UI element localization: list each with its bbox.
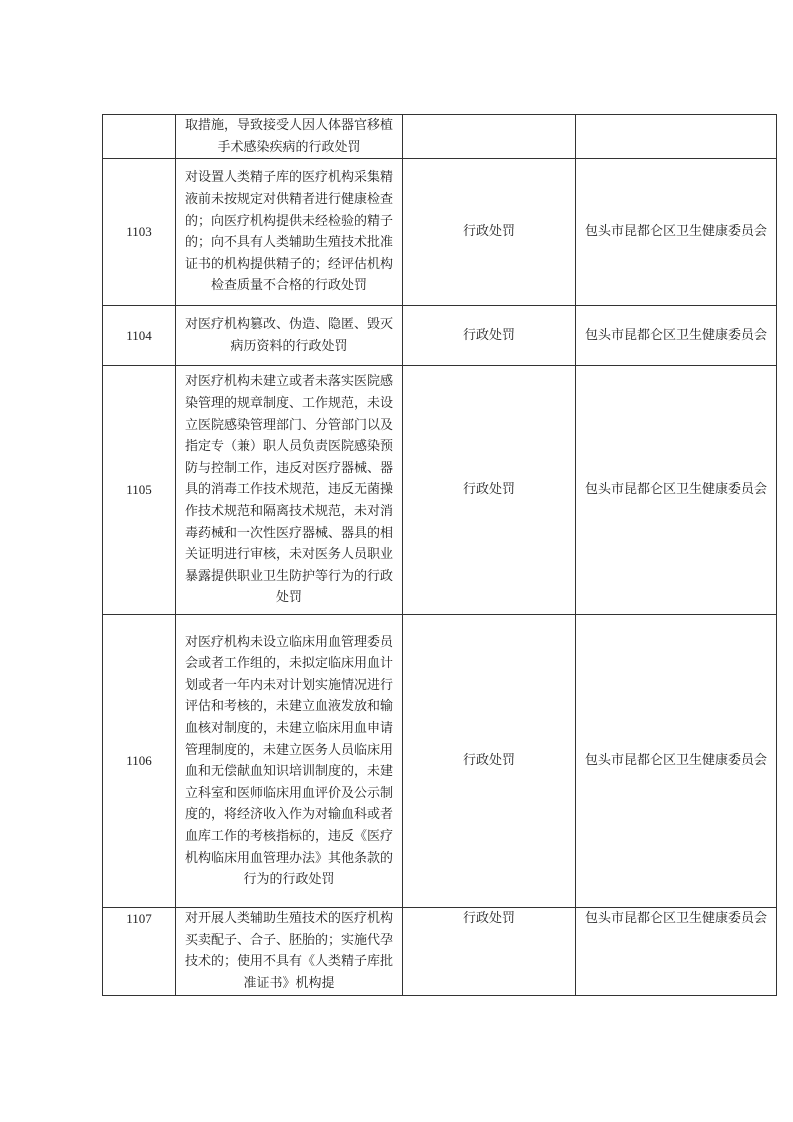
row-organization-cell bbox=[576, 115, 777, 159]
table-row-1104: 1104 对医疗机构篡改、伪造、隐匿、毁灭病历资料的行政处罚 行政处罚 包头市昆… bbox=[103, 306, 777, 366]
row-type-cell: 行政处罚 bbox=[403, 908, 576, 995]
row-organization-cell: 包头市昆都仑区卫生健康委员会 bbox=[576, 615, 777, 908]
row-description-cell: 对设置人类精子库的医疗机构采集精液前未按规定对供精者进行健康检查的；向医疗机构提… bbox=[176, 159, 403, 306]
row-id-cell: 1107 bbox=[103, 908, 176, 995]
row-description-text: 对医疗机构未建立或者未落实医院感染管理的规章制度、工作规范，未设立医院感染管理部… bbox=[182, 371, 396, 609]
row-type-cell: 行政处罚 bbox=[403, 615, 576, 908]
row-id-cell: 1103 bbox=[103, 159, 176, 306]
row-organization-cell: 包头市昆都仑区卫生健康委员会 bbox=[576, 159, 777, 306]
table-row-1103: 1103 对设置人类精子库的医疗机构采集精液前未按规定对供精者进行健康检查的；向… bbox=[103, 159, 777, 306]
table-row-continuation: 取措施，导致接受人因人体器官移植手术感染疾病的行政处罚 bbox=[103, 115, 777, 159]
row-type-cell bbox=[403, 115, 576, 159]
row-description-cell: 对医疗机构篡改、伪造、隐匿、毁灭病历资料的行政处罚 bbox=[176, 306, 403, 366]
row-description-cell: 对开展人类辅助生殖技术的医疗机构买卖配子、合子、胚胎的；实施代孕技术的；使用不具… bbox=[176, 908, 403, 995]
table-row-1105: 1105 对医疗机构未建立或者未落实医院感染管理的规章制度、工作规范，未设立医院… bbox=[103, 366, 777, 615]
row-id-cell bbox=[103, 115, 176, 159]
administrative-penalty-table: 取措施，导致接受人因人体器官移植手术感染疾病的行政处罚 1103 对设置人类精子… bbox=[102, 114, 777, 996]
row-organization-cell: 包头市昆都仑区卫生健康委员会 bbox=[576, 366, 777, 615]
document-page: 取措施，导致接受人因人体器官移植手术感染疾病的行政处罚 1103 对设置人类精子… bbox=[0, 0, 793, 1122]
row-organization-cell: 包头市昆都仑区卫生健康委员会 bbox=[576, 908, 777, 995]
row-id-cell: 1106 bbox=[103, 615, 176, 908]
row-id-cell: 1105 bbox=[103, 366, 176, 615]
row-description-text: 取措施，导致接受人因人体器官移植手术感染疾病的行政处罚 bbox=[182, 115, 396, 158]
row-description-text: 对开展人类辅助生殖技术的医疗机构买卖配子、合子、胚胎的；实施代孕技术的；使用不具… bbox=[182, 908, 396, 994]
row-type-cell: 行政处罚 bbox=[403, 159, 576, 306]
row-type-cell: 行政处罚 bbox=[403, 306, 576, 366]
row-description-cell: 取措施，导致接受人因人体器官移植手术感染疾病的行政处罚 bbox=[176, 115, 403, 159]
row-description-text: 对医疗机构篡改、伪造、隐匿、毁灭病历资料的行政处罚 bbox=[182, 314, 396, 357]
row-type-cell: 行政处罚 bbox=[403, 366, 576, 615]
row-id-cell: 1104 bbox=[103, 306, 176, 366]
row-organization-cell: 包头市昆都仑区卫生健康委员会 bbox=[576, 306, 777, 366]
row-description-text: 对医疗机构未设立临床用血管理委员会或者工作组的，未拟定临床用血计划或者一年内未对… bbox=[182, 632, 396, 891]
row-description-text: 对设置人类精子库的医疗机构采集精液前未按规定对供精者进行健康检查的；向医疗机构提… bbox=[182, 167, 396, 297]
table-row-1107: 1107 对开展人类辅助生殖技术的医疗机构买卖配子、合子、胚胎的；实施代孕技术的… bbox=[103, 908, 777, 995]
row-description-cell: 对医疗机构未设立临床用血管理委员会或者工作组的，未拟定临床用血计划或者一年内未对… bbox=[176, 615, 403, 908]
row-description-cell: 对医疗机构未建立或者未落实医院感染管理的规章制度、工作规范，未设立医院感染管理部… bbox=[176, 366, 403, 615]
table-row-1106: 1106 对医疗机构未设立临床用血管理委员会或者工作组的，未拟定临床用血计划或者… bbox=[103, 615, 777, 908]
